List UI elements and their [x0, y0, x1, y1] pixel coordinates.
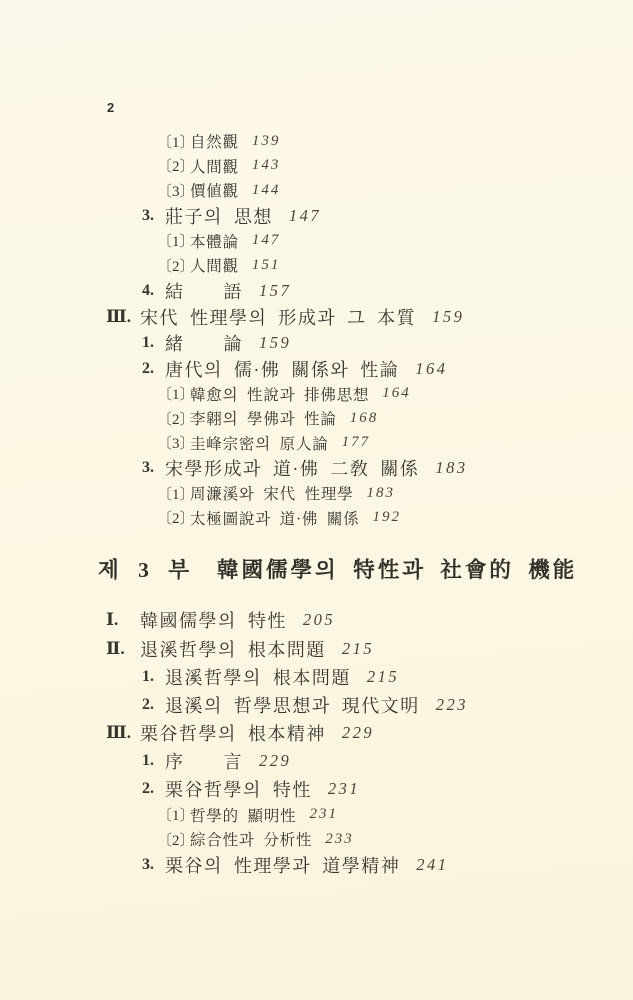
- toc-row: 1.序 言229: [0, 748, 633, 776]
- toc-entry-page-ref: 159: [259, 333, 291, 353]
- toc-entry-marker: 〔3〕: [157, 432, 190, 453]
- toc-entry-title: 價値觀: [190, 179, 239, 201]
- toc-entry-marker: 4.: [142, 282, 165, 300]
- toc-row: 〔2〕人間觀151: [0, 253, 633, 278]
- toc-entry-page-ref: 157: [259, 281, 291, 301]
- toc-entry-title: 人間觀: [190, 155, 239, 177]
- toc-row: 1.緒 論159: [0, 330, 633, 356]
- toc-entry-title: 退溪哲學의 根本問題: [165, 664, 351, 690]
- toc-entry-page-ref: 164: [382, 385, 411, 402]
- toc-entry-marker: Ⅲ.: [106, 307, 140, 327]
- page-number: 2: [107, 100, 114, 115]
- toc-entry-page-ref: 183: [367, 485, 396, 502]
- toc-entry-title: 本體論: [190, 230, 239, 252]
- toc-entry-page-ref: 229: [259, 751, 291, 771]
- part-heading: 제 3 부 韓國儒學의 特性과 社會的 機能: [98, 553, 633, 583]
- toc-row: 〔2〕人間觀143: [0, 154, 633, 179]
- toc-entry-page-ref: 164: [415, 359, 447, 379]
- toc-entry-page-ref: 159: [432, 307, 464, 327]
- toc-entry-title: 唐代의 儒·佛 關係와 性論: [165, 356, 399, 382]
- toc-entry-title: 宋學形成과 道·佛 二敎 關係: [165, 455, 419, 481]
- toc-entry-title: 李翶의 學佛과 性論: [190, 407, 337, 429]
- toc-entry-title: 序 言: [165, 748, 243, 774]
- toc-row: 2.唐代의 儒·佛 關係와 性論164: [0, 356, 633, 382]
- toc-row: 〔3〕圭峰宗密의 原人論177: [0, 431, 633, 456]
- toc-entry-title: 栗谷哲學의 根本精神: [140, 720, 326, 746]
- toc-entry-marker: 〔1〕: [157, 230, 190, 251]
- toc-entry-marker: 2.: [142, 360, 165, 378]
- toc-entry-page-ref: 139: [252, 133, 281, 150]
- toc-row: 〔3〕價値觀144: [0, 178, 633, 203]
- toc-entry-page-ref: 229: [342, 723, 374, 743]
- toc-row: 〔1〕本體論147: [0, 229, 633, 254]
- toc-entry-marker: 1.: [142, 334, 165, 352]
- toc-entry-marker: Ⅲ.: [106, 723, 140, 743]
- toc-entry-marker: 3.: [142, 459, 165, 477]
- toc-entry-page-ref: 143: [252, 157, 281, 174]
- toc-row: Ⅲ.宋代 性理學의 形成과 그 本質159: [0, 304, 633, 330]
- toc-row: 〔2〕太極圖說과 道·佛 關係192: [0, 506, 633, 531]
- toc-entry-title: 結 語: [165, 278, 243, 304]
- toc-entry-title: 綜合性과 分析性: [190, 828, 312, 850]
- toc-row: Ⅱ.退溪哲學의 根本問題215: [0, 635, 633, 664]
- toc-entry-marker: Ⅰ.: [106, 610, 140, 630]
- toc-row: 〔1〕韓愈의 性說과 排佛思想164: [0, 382, 633, 407]
- toc-entry-page-ref: 147: [252, 232, 281, 249]
- part-heading-label: 제 3 부: [98, 553, 193, 584]
- toc-entry-title: 退溪의 哲學思想과 現代文明: [165, 692, 420, 718]
- toc-row: 〔2〕綜合性과 分析性233: [0, 827, 633, 852]
- toc-entry-marker: 〔3〕: [157, 180, 190, 201]
- toc-entry-marker: 1.: [142, 668, 165, 686]
- toc-entry-marker: 〔2〕: [157, 408, 190, 429]
- toc-row: 4.結 語157: [0, 278, 633, 304]
- toc-row: 〔1〕哲學的 顯明性231: [0, 803, 633, 828]
- toc-entry-marker: 3.: [142, 856, 165, 874]
- toc-entry-marker: 〔1〕: [157, 483, 190, 504]
- toc-entry-marker: 〔1〕: [157, 383, 190, 404]
- toc-entry-page-ref: 231: [309, 806, 338, 823]
- toc-section-1: 〔1〕自然觀139〔2〕人間觀143〔3〕價値觀1443.莊子의 思想147〔1…: [0, 129, 633, 530]
- toc-entry-marker: Ⅱ.: [106, 639, 140, 659]
- toc-entry-marker: 〔1〕: [157, 804, 190, 825]
- toc-entry-page-ref: 147: [289, 206, 321, 226]
- toc-entry-page-ref: 144: [252, 182, 281, 199]
- toc-entry-title: 人間觀: [190, 254, 239, 276]
- toc-row: 〔1〕周濂溪와 宋代 性理學183: [0, 481, 633, 506]
- toc-entry-title: 栗谷의 性理學과 道學精神: [165, 852, 400, 878]
- toc-entry-page-ref: 177: [342, 434, 371, 451]
- toc-entry-marker: 1.: [142, 752, 165, 770]
- toc-row: 3.莊子의 思想147: [0, 203, 633, 229]
- toc-entry-title: 自然觀: [190, 130, 239, 152]
- toc-entry-marker: 2.: [142, 696, 165, 714]
- toc-entry-page-ref: 183: [435, 458, 467, 478]
- part-heading-title: 韓國儒學의 特性과 社會的 機能: [217, 553, 577, 584]
- toc-row: Ⅰ.韓國儒學의 特性205: [0, 606, 633, 635]
- toc-row: 3.栗谷의 性理學과 道學精神241: [0, 852, 633, 880]
- toc-entry-title: 韓國儒學의 特性: [140, 607, 287, 633]
- toc-entry-marker: 〔2〕: [157, 507, 190, 528]
- toc-row: 〔1〕自然觀139: [0, 129, 633, 154]
- toc-entry-page-ref: 223: [436, 695, 468, 715]
- book-toc-page: 2 〔1〕自然觀139〔2〕人間觀143〔3〕價値觀1443.莊子의 思想147…: [0, 0, 633, 1000]
- toc-entry-marker: 〔1〕: [157, 131, 190, 152]
- toc-entry-page-ref: 241: [416, 855, 448, 875]
- toc-section-2: Ⅰ.韓國儒學의 特性205Ⅱ.退溪哲學의 根本問題2151.退溪哲學의 根本問題…: [0, 606, 633, 880]
- toc-column: 〔1〕自然觀139〔2〕人間觀143〔3〕價値觀1443.莊子의 思想147〔1…: [0, 129, 633, 879]
- toc-entry-page-ref: 215: [367, 667, 399, 687]
- toc-entry-page-ref: 233: [325, 831, 354, 848]
- toc-entry-marker: 3.: [142, 207, 165, 225]
- toc-entry-title: 圭峰宗密의 原人論: [190, 432, 329, 454]
- toc-row: Ⅲ.栗谷哲學의 根本精神229: [0, 719, 633, 748]
- toc-entry-marker: 2.: [142, 780, 165, 798]
- toc-entry-title: 栗谷哲學의 特性: [165, 776, 312, 802]
- toc-entry-marker: 〔2〕: [157, 829, 190, 850]
- toc-entry-title: 緒 論: [165, 330, 243, 356]
- toc-entry-page-ref: 215: [342, 639, 374, 659]
- toc-entry-title: 韓愈의 性說과 排佛思想: [190, 383, 369, 405]
- toc-row: 2.栗谷哲學의 特性231: [0, 775, 633, 803]
- toc-entry-page-ref: 231: [328, 779, 360, 799]
- toc-row: 〔2〕李翶의 學佛과 性論168: [0, 406, 633, 431]
- toc-entry-page-ref: 192: [373, 509, 402, 526]
- toc-row: 3.宋學形成과 道·佛 二敎 關係183: [0, 455, 633, 481]
- toc-entry-title: 哲學的 顯明性: [190, 804, 296, 826]
- toc-entry-title: 莊子의 思想: [165, 203, 273, 229]
- toc-entry-page-ref: 168: [350, 410, 379, 427]
- toc-entry-page-ref: 205: [303, 610, 335, 630]
- toc-entry-page-ref: 151: [252, 257, 281, 274]
- toc-entry-title: 退溪哲學의 根本問題: [140, 636, 326, 662]
- toc-entry-title: 周濂溪와 宋代 性理學: [190, 482, 354, 504]
- toc-row: 1.退溪哲學의 根本問題215: [0, 664, 633, 692]
- toc-entry-marker: 〔2〕: [157, 155, 190, 176]
- toc-entry-title: 宋代 性理學의 形成과 그 本質: [140, 304, 416, 330]
- toc-entry-marker: 〔2〕: [157, 255, 190, 276]
- toc-entry-title: 太極圖說과 道·佛 關係: [190, 507, 360, 529]
- toc-row: 2.退溪의 哲學思想과 現代文明223: [0, 691, 633, 719]
